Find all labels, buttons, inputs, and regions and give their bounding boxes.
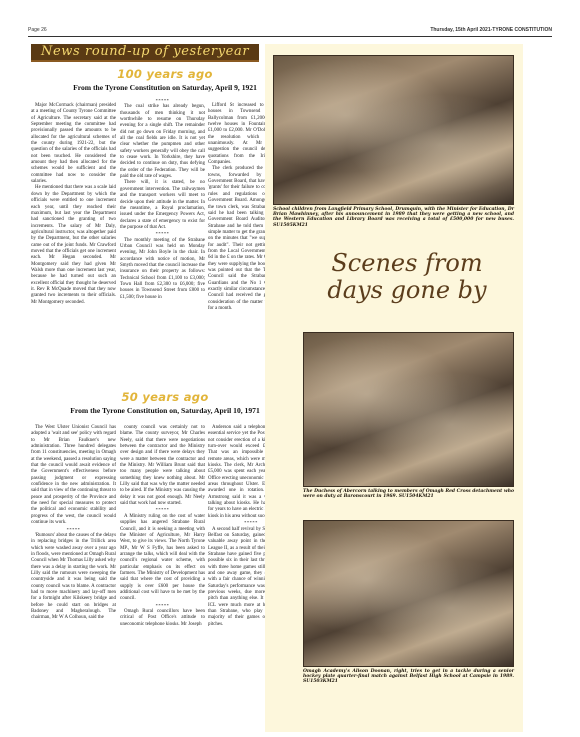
- article-paragraph: county council was certainly not to blam…: [120, 425, 205, 507]
- article-paragraph: Major McCormack (chairman) presided at a…: [31, 103, 116, 185]
- section-100-source: From the Tyrone Constitution on Saturday…: [31, 83, 299, 92]
- duchess-red-cross-photo: [303, 332, 514, 487]
- article-paragraph: There will, it is stated, be no governme…: [120, 180, 205, 231]
- article-paragraph: 'Rumours' about the causes of the delays…: [31, 533, 116, 622]
- section-100-heading: 100 years ago: [31, 67, 299, 81]
- photo-caption-3: Omagh Academy's Alison Doonan, right, tr…: [303, 669, 514, 685]
- section-50-column-1: The West Ulster Unionist Council has ado…: [31, 425, 116, 622]
- section-100-column-2: ***** The coal strike has already begun,…: [120, 98, 205, 301]
- article-paragraph: Omagh Rural councillors have been critic…: [120, 609, 205, 628]
- article-paragraph: The coal strike has already begun, thous…: [120, 104, 205, 180]
- section-50-header: 50 years ago From the Tyrone Constitutio…: [31, 390, 299, 415]
- hockey-match-photo: [303, 520, 514, 667]
- page-header: Page 26 Thursday, 15th April 2021-TYRONE…: [28, 27, 552, 37]
- section-100-column-1: Major McCormack (chairman) presided at a…: [31, 103, 116, 306]
- photo-image: [304, 333, 513, 486]
- feature-title-line-1: Scenes from: [307, 250, 507, 277]
- photo-caption-1: School children from Langfield Primary S…: [273, 207, 514, 228]
- page-number: Page 26: [28, 27, 47, 33]
- section-banner: News round-up of yesteryear: [31, 44, 259, 62]
- school-children-photo: [273, 55, 514, 205]
- photo-image: [274, 56, 513, 204]
- feature-title: Scenes from days gone by: [307, 250, 507, 304]
- article-paragraph: The West Ulster Unionist Council has ado…: [31, 425, 116, 527]
- issue-date: Thursday, 15th April 2021-TYRONE CONSTIT…: [430, 27, 552, 33]
- article-paragraph: The monthly meeting of the Strabane Urba…: [120, 238, 205, 301]
- banner-title: News round-up of yesteryear: [41, 44, 249, 59]
- section-50-column-2: county council was certainly not to blam…: [120, 425, 205, 628]
- photo-image: [304, 521, 513, 666]
- feature-title-line-2: days gone by: [307, 277, 507, 304]
- article-paragraph: A Ministry ruling on the cost of water s…: [120, 514, 205, 603]
- photo-caption-2: The Duchess of Abercorn talking to membe…: [303, 489, 514, 499]
- section-50-source: From the Tyrone Constitution on, Saturda…: [31, 406, 299, 415]
- section-50-heading: 50 years ago: [31, 390, 299, 404]
- section-100-header: 100 years ago From the Tyrone Constituti…: [31, 67, 299, 92]
- article-paragraph: He mentioned that there was a scale laid…: [31, 185, 116, 306]
